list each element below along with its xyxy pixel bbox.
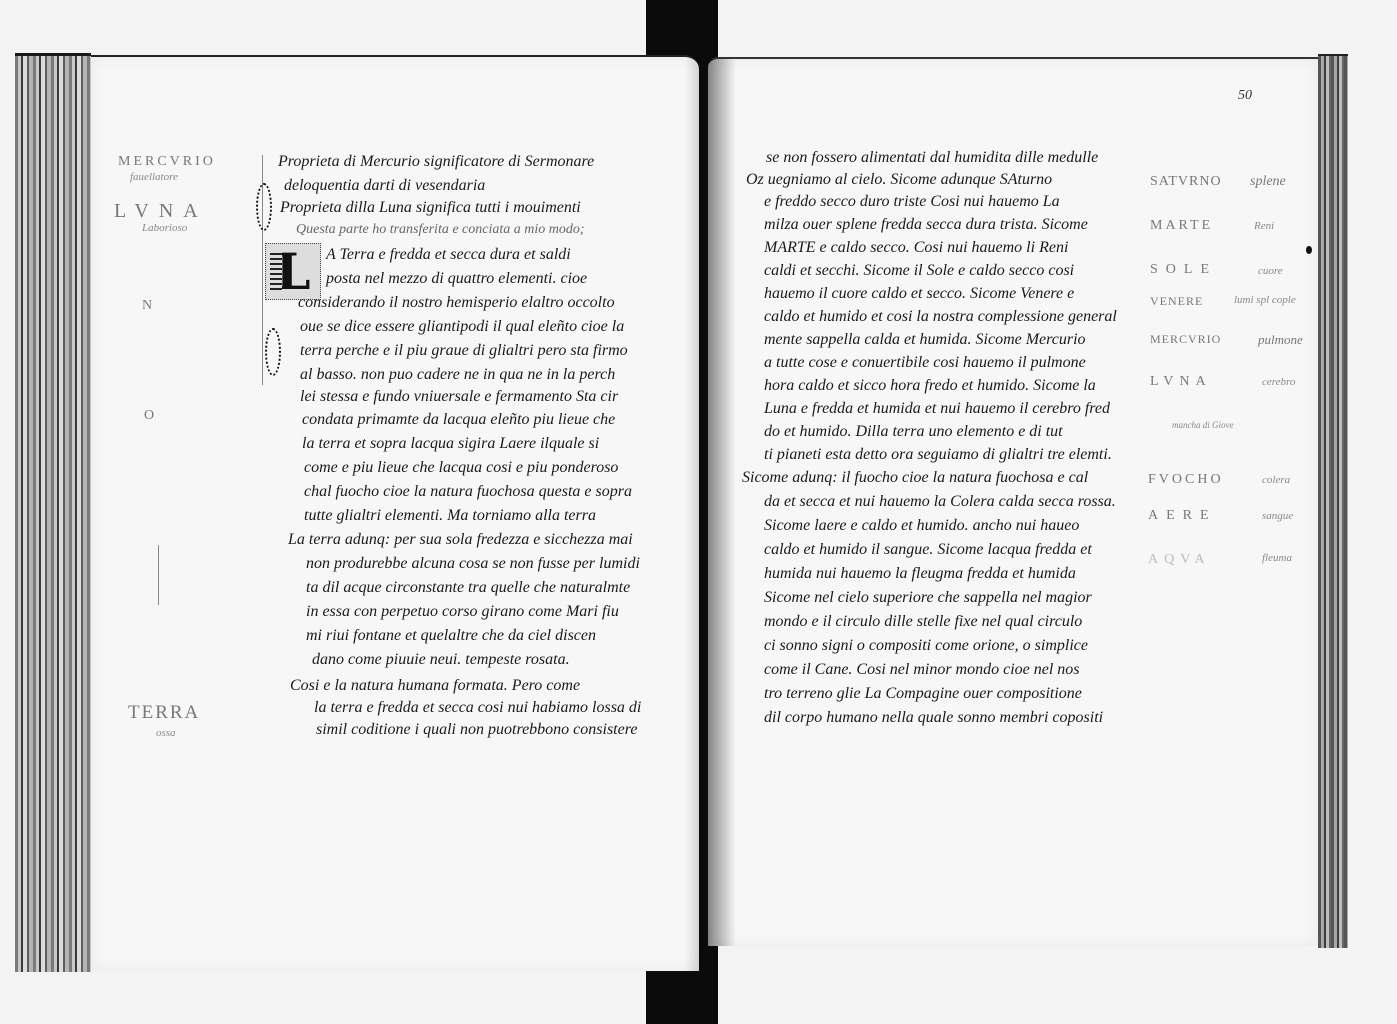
rubric-line: Proprieta di Mercurio significatore di S… — [278, 150, 594, 174]
marginal-label: MERCVRIO — [1150, 332, 1221, 347]
text-line: do et humido. Dilla terra uno elemento e… — [764, 420, 1063, 444]
right-page-edges — [1318, 54, 1348, 948]
text-line: caldi et secchi. Sicome il Sole e caldo … — [764, 259, 1074, 283]
folio-number: 50 — [1238, 88, 1252, 104]
marginal-pointer — [158, 545, 159, 605]
marginal-label: VENERE — [1150, 294, 1203, 309]
marginal-label: TERRA — [128, 702, 200, 724]
text-line: oue se dice essere gliantipodi il qual e… — [300, 315, 624, 339]
text-line: da et secca et nui hauemo la Colera cald… — [764, 490, 1116, 514]
marginal-label: MERCVRIO — [118, 154, 216, 170]
marginal-gloss: splene — [1250, 174, 1286, 190]
text-line: Sicome adunq: il fuocho cioe la natura f… — [742, 466, 1088, 490]
text-line: hora caldo et sicco hora fredo et humido… — [764, 374, 1096, 398]
ink-spot — [1306, 246, 1312, 254]
marginal-gloss: cuore — [1258, 265, 1283, 277]
ornament-icon — [265, 328, 281, 376]
text-line: terra perche e il piu graue di glialtri … — [300, 339, 628, 363]
marginal-gloss: ossa — [156, 727, 176, 739]
text-line: dil corpo humano nella quale sonno membr… — [764, 706, 1103, 730]
ornament-icon — [256, 183, 272, 231]
text-line: ta dil acque circonstante tra quelle che… — [306, 576, 630, 600]
text-line: milza ouer splene fredda secca dura tris… — [764, 213, 1088, 237]
text-line: lei stessa e fundo vniuersale e fermamen… — [300, 385, 618, 409]
text-line: al basso. non puo cadere ne in qua ne in… — [300, 363, 615, 387]
text-line: posta nel mezzo di quattro elementi. cio… — [326, 267, 587, 291]
text-line: mi riui fontane et quelaltre che da ciel… — [306, 624, 596, 648]
text-line: Cosi e la natura humana formata. Pero co… — [290, 674, 580, 698]
rubric-line: deloquentia darti di vesendaria — [284, 174, 485, 198]
text-line: simil coditione i quali non puotrebbono … — [316, 718, 637, 742]
marginal-label: FVOCHO — [1148, 472, 1224, 488]
text-line: condata primamte da lacqua eleñto piu li… — [302, 408, 615, 432]
text-line: ci sonno signi o compositi come orione, … — [764, 634, 1088, 658]
marginal-gloss: Reni — [1254, 220, 1274, 232]
rubric-note: Questa parte ho transferita e conciata a… — [296, 218, 585, 242]
text-line: A Terra e fredda et secca dura et saldi — [326, 243, 571, 267]
text-line: tutte glialtri elementi. Ma torniamo all… — [304, 504, 596, 528]
marginal-gloss: pulmone — [1258, 332, 1303, 348]
marginal-gloss: colera — [1262, 474, 1290, 486]
text-line: e freddo secco duro triste Cosi nui haue… — [764, 190, 1060, 214]
marginal-gloss: cerebro — [1262, 376, 1295, 388]
marginal-label: SOLE — [1150, 262, 1217, 278]
marginal-label: LVNA — [114, 200, 208, 223]
text-line: mente sappella calda et humida. Sicome M… — [764, 328, 1086, 352]
text-line: la terra e fredda et secca cosi nui habi… — [314, 696, 641, 720]
text-line: tro terreno glie La Compagine ouer compo… — [764, 682, 1082, 706]
text-line: come il Cane. Cosi nel minor mondo cioe … — [764, 658, 1080, 682]
gutter-shadow — [685, 57, 699, 971]
text-line: Sicome nel cielo superiore che sappella … — [764, 586, 1092, 610]
marginal-gloss: fleuma — [1262, 552, 1292, 564]
text-line: humida nui hauemo la fleugma fredda et h… — [764, 562, 1076, 586]
rubric-line: Proprieta dilla Luna significa tutti i m… — [280, 196, 581, 220]
marginal-label: SATVRNO — [1150, 174, 1222, 190]
marginal-label: AQVA — [1148, 552, 1211, 568]
text-line: in essa con perpetuo corso girano come M… — [306, 600, 619, 624]
text-line: non produrebbe alcuna cosa se non fusse … — [306, 552, 640, 576]
text-line: ti pianeti esta detto ora seguiamo di gl… — [764, 443, 1112, 467]
text-line: MARTE e caldo secco. Cosi nui hauemo li … — [764, 236, 1068, 260]
text-line: a tutte cose e conuertibile cosi hauemo … — [764, 351, 1086, 375]
text-line: Sicome laere e caldo et humido. ancho nu… — [764, 514, 1079, 538]
text-line: Luna e fredda et humida et nui hauemo il… — [764, 397, 1110, 421]
initial-ornament — [270, 250, 282, 290]
marginal-label: AERE — [1148, 508, 1217, 524]
text-line: caldo et humido et cosi la nostra comple… — [764, 305, 1117, 329]
marginal-letter: N — [142, 298, 155, 314]
marginal-gloss: sangue — [1262, 510, 1293, 522]
text-line: caldo et humido il sangue. Sicome lacqua… — [764, 538, 1092, 562]
text-line: come e piu lieue che lacqua cosi e piu p… — [304, 456, 618, 480]
text-line: Oz uegniamo al cielo. Sicome adunque SAt… — [746, 168, 1052, 192]
text-line: la terra et sopra lacqua sigira Laere il… — [302, 432, 599, 456]
text-line: mondo e il circulo dille stelle fixe nel… — [764, 610, 1082, 634]
gutter-shadow — [708, 59, 736, 946]
left-page-edges — [15, 53, 91, 972]
marginal-gloss: lumi spl cople — [1234, 294, 1296, 306]
text-line: dano come piuuie neui. tempeste rosata. — [312, 648, 570, 672]
text-line: La terra adunq: per sua sola fredezza e … — [288, 528, 633, 552]
text-line: chal fuocho cioe la natura fuochosa ques… — [304, 480, 632, 504]
marginal-gloss: fauellatore — [130, 171, 178, 183]
text-line: considerando il nostro hemisperio elaltr… — [298, 291, 615, 315]
marginal-label: LVNA — [1150, 374, 1212, 390]
marginal-note: mancha di Giove — [1172, 420, 1233, 430]
marginal-label: MARTE — [1150, 218, 1213, 234]
marginal-letter: O — [144, 408, 157, 424]
text-line: hauemo il cuore caldo et secco. Sicome V… — [764, 282, 1074, 306]
marginal-gloss: Laborioso — [142, 222, 187, 234]
text-line: se non fossero alimentati dal humidita d… — [766, 146, 1098, 170]
